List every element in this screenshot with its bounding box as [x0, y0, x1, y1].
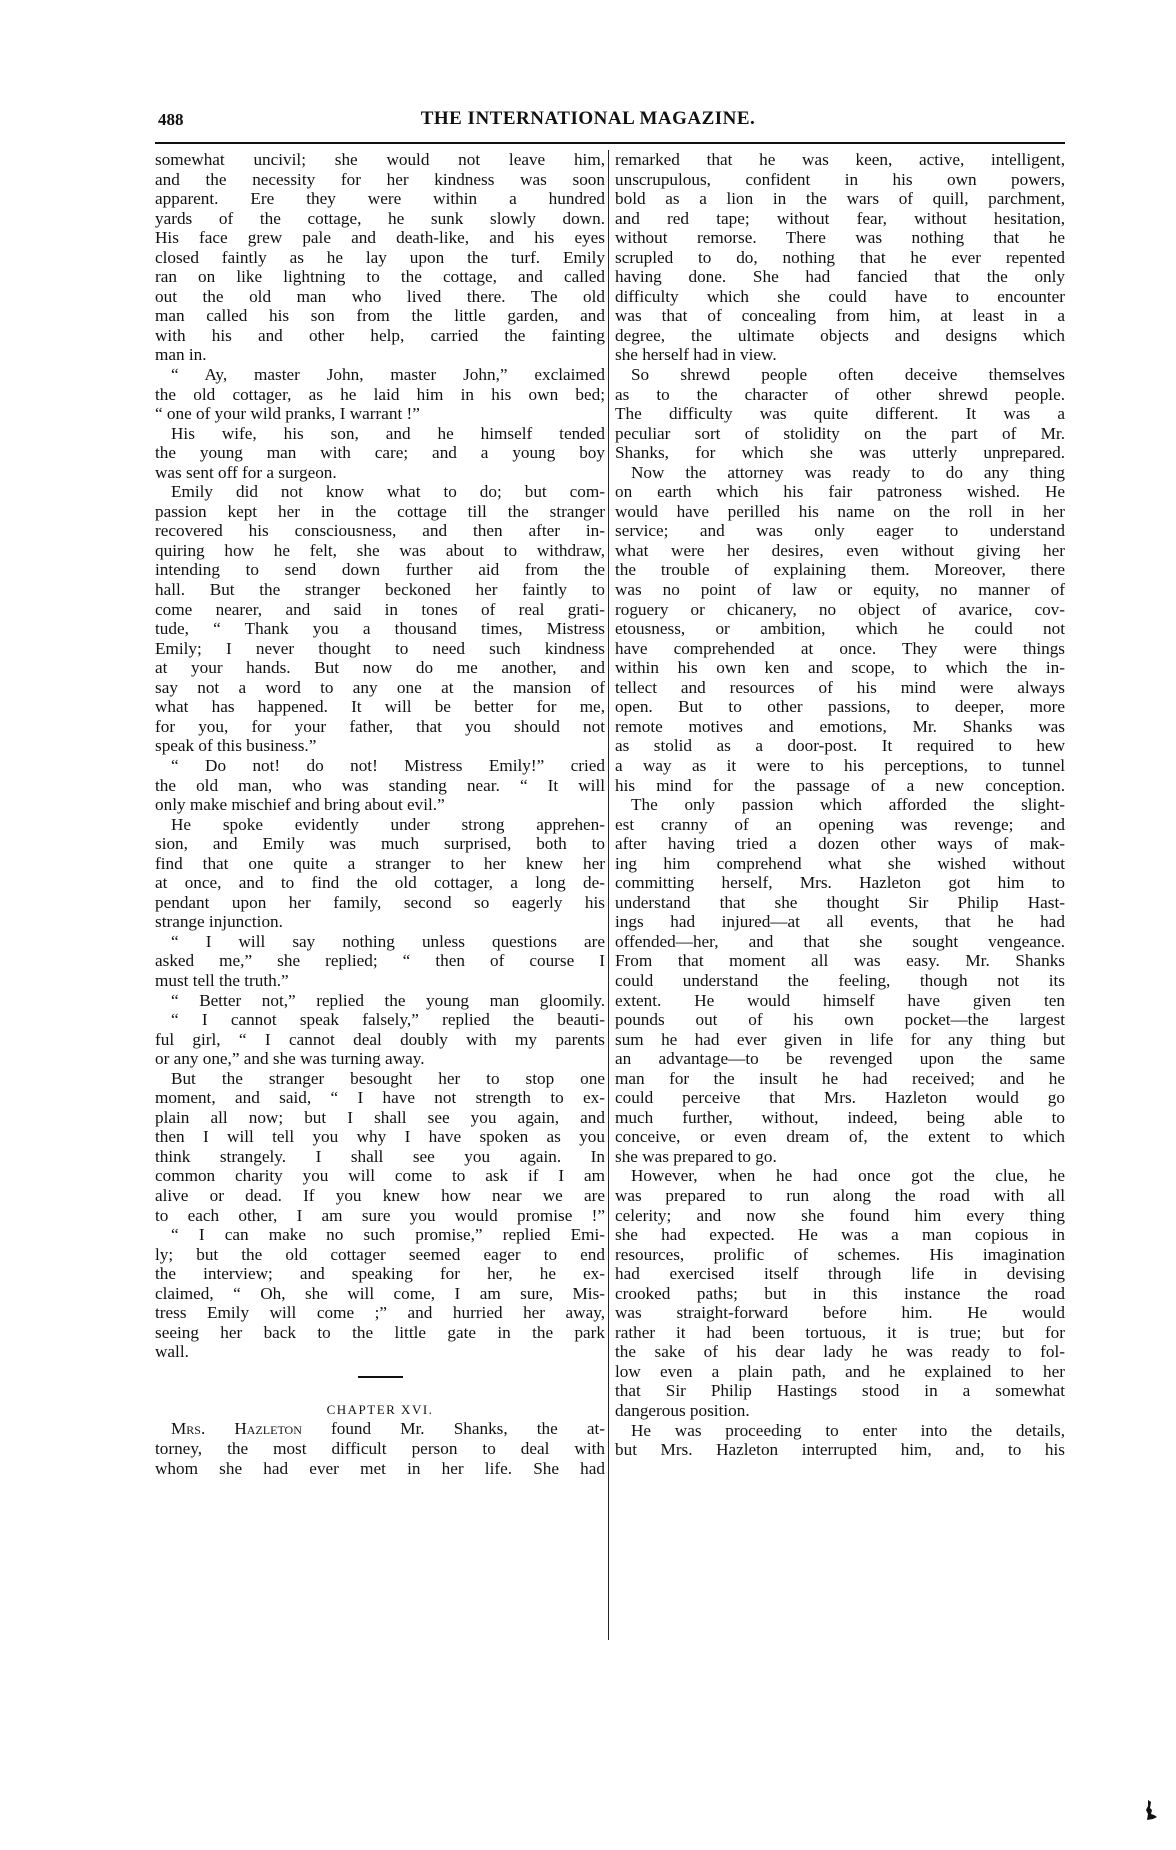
text-line: was prepared to run along the road with …	[615, 1186, 1065, 1206]
text-line: have comprehended at once. They were thi…	[615, 639, 1065, 659]
text-line: open. But to other passions, to deeper, …	[615, 697, 1065, 717]
text-line: difficulty which she could have to encou…	[615, 287, 1065, 307]
text-line: crooked paths; but in this instance the …	[615, 1284, 1065, 1304]
text-line: ly; but the old cottager seemed eager to…	[155, 1245, 605, 1265]
text-line: only make mischief and bring about evil.…	[155, 795, 605, 815]
text-line: “ one of your wild pranks, I warrant !”	[155, 404, 605, 424]
text-line: man for the insult he had received; and …	[615, 1069, 1065, 1089]
text-line: could perceive that Mrs. Hazleton would …	[615, 1088, 1065, 1108]
text-line: man called his son from the little garde…	[155, 306, 605, 326]
text-line: celerity; and now she found him every th…	[615, 1206, 1065, 1226]
text-line: pendant upon her family, second so eager…	[155, 893, 605, 913]
text-line: etousness, or ambition, which he could n…	[615, 619, 1065, 639]
text-line: closed faintly as he lay upon the turf. …	[155, 248, 605, 268]
text-line: pounds out of his own pocket—the largest	[615, 1010, 1065, 1030]
header-rule	[155, 142, 1065, 144]
text-line: sum he had ever given in life for any th…	[615, 1030, 1065, 1050]
text-line: understand that she thought Sir Philip H…	[615, 893, 1065, 913]
text-line: low even a plain path, and he explained …	[615, 1362, 1065, 1382]
text-line: at once, and to find the old cottager, a…	[155, 873, 605, 893]
text-line: “ I can make no such promise,” replied E…	[155, 1225, 605, 1245]
text-line: ran on like lightning to the cottage, an…	[155, 267, 605, 287]
text-line: He was proceeding to enter into the deta…	[615, 1421, 1065, 1441]
text-line: the trouble of explaining them. Moreover…	[615, 560, 1065, 580]
text-line: claimed, “ Oh, she will come, I am sure,…	[155, 1284, 605, 1304]
text-line: think strangely. I shall see you again. …	[155, 1147, 605, 1167]
section-divider	[358, 1376, 403, 1378]
text-line: as to the character of other shrewd peop…	[615, 385, 1065, 405]
text-line: “ I cannot speak falsely,” replied the b…	[155, 1010, 605, 1030]
text-line: was sent off for a surgeon.	[155, 463, 605, 483]
chapter-heading: CHAPTER XVI.	[155, 1400, 605, 1420]
text-line: quiring how he felt, she was about to wi…	[155, 541, 605, 561]
text-line: within his own ken and scope, to which t…	[615, 658, 1065, 678]
text-line: hall. But the stranger beckoned her fain…	[155, 580, 605, 600]
text-line: the old cottager, as he laid him in his …	[155, 385, 605, 405]
text-line: must tell the truth.”	[155, 971, 605, 991]
text-line: having done. She had fancied that the on…	[615, 267, 1065, 287]
text-line: service; and was only eager to understan…	[615, 521, 1065, 541]
text-line: seeing her back to the little gate in th…	[155, 1323, 605, 1343]
text-line: as stolid as a door-post. It required to…	[615, 736, 1065, 756]
text-line: offended—her, and that she sought vengea…	[615, 932, 1065, 952]
text-line: committing herself, Mrs. Hazleton got hi…	[615, 873, 1065, 893]
text-line: But the stranger besought her to stop on…	[155, 1069, 605, 1089]
text-line: wall.	[155, 1342, 605, 1362]
text-line: after having tried a dozen other ways of…	[615, 834, 1065, 854]
text-line: and red tape; without fear, without hesi…	[615, 209, 1065, 229]
text-line: for you, for your father, that you shoul…	[155, 717, 605, 737]
text-line: man in.	[155, 345, 605, 365]
text-line: would have perilled his name on the roll…	[615, 502, 1065, 522]
text-line: dangerous position.	[615, 1401, 1065, 1421]
text-line: she had expected. He was a man copious i…	[615, 1225, 1065, 1245]
text-line: intending to send down further aid from …	[155, 560, 605, 580]
text-line: an advantage—to be revenged upon the sam…	[615, 1049, 1065, 1069]
text-line: peculiar sort of stolidity on the part o…	[615, 424, 1065, 444]
text-line: say not a word to any one at the mansion…	[155, 678, 605, 698]
text-line: to each other, I am sure you would promi…	[155, 1206, 605, 1226]
text-line: Shanks, for which she was utterly unprep…	[615, 443, 1065, 463]
text-line: conceive, or even dream of, the extent t…	[615, 1127, 1065, 1147]
text-line: tellect and resources of his mind were a…	[615, 678, 1065, 698]
text-line: what were her desires, even without givi…	[615, 541, 1065, 561]
text-line: and the necessity for her kindness was s…	[155, 170, 605, 190]
text-line: at your hands. But now do me another, an…	[155, 658, 605, 678]
text-line: From that moment all was easy. Mr. Shank…	[615, 951, 1065, 971]
text-line: Emily; I never thought to need such kind…	[155, 639, 605, 659]
text-line: The difficulty was quite different. It w…	[615, 404, 1065, 424]
text-line: tress Emily will come ;” and hurried her…	[155, 1303, 605, 1323]
text-line: ings had injured—at all events, that he …	[615, 912, 1065, 932]
text-line: “ Ay, master John, master John,” exclaim…	[155, 365, 605, 385]
text-line: a way as it were to his perceptions, to …	[615, 756, 1065, 776]
text-line: tude, “ Thank you a thousand times, Mist…	[155, 619, 605, 639]
text-line: “ Do not! do not! Mistress Emily!” cried	[155, 756, 605, 776]
text-line: degree, the ultimate objects and designs…	[615, 326, 1065, 346]
text-line: then I will tell you why I have spoken a…	[155, 1127, 605, 1147]
text-line: His face grew pale and death-like, and h…	[155, 228, 605, 248]
text-line: had exercised itself through life in dev…	[615, 1264, 1065, 1284]
text-line: torney, the most difficult person to dea…	[155, 1439, 605, 1459]
text-line: extent. He would himself have given ten	[615, 991, 1065, 1011]
text-line: find that one quite a stranger to her kn…	[155, 854, 605, 874]
running-head: THE INTERNATIONAL MAGAZINE.	[0, 108, 1176, 130]
text-line: rather it had been tortuous, it is true;…	[615, 1323, 1065, 1343]
text-line: out the old man who lived there. The old	[155, 287, 605, 307]
text-line: common charity you will come to ask if I…	[155, 1166, 605, 1186]
text-line: passion kept her in the cottage till the…	[155, 502, 605, 522]
text-line: roguery or chicanery, no object of avari…	[615, 600, 1065, 620]
text-line: the interview; and speaking for her, he …	[155, 1264, 605, 1284]
text-line: bold as a lion in the wars of quill, par…	[615, 189, 1065, 209]
scan-mark-icon	[1145, 1800, 1157, 1820]
line-rest: found Mr. Shanks, the at-	[331, 1419, 605, 1438]
text-line: unscrupulous, confident in his own power…	[615, 170, 1065, 190]
text-line: his mind for the passage of a new concep…	[615, 776, 1065, 796]
text-line: apparent. Ere they were within a hundred	[155, 189, 605, 209]
text-line: “ Better not,” replied the young man glo…	[155, 991, 605, 1011]
text-line: resources, prolific of schemes. His imag…	[615, 1245, 1065, 1265]
text-line: she was prepared to go.	[615, 1147, 1065, 1167]
text-line: the sake of his dear lady he was ready t…	[615, 1342, 1065, 1362]
text-line: was straight-forward before him. He woul…	[615, 1303, 1065, 1323]
text-line: est cranny of an opening was revenge; an…	[615, 815, 1065, 835]
text-line: remarked that he was keen, active, intel…	[615, 150, 1065, 170]
text-line: was no point of law or equity, no manner…	[615, 580, 1065, 600]
text-line: remote motives and emotions, Mr. Shanks …	[615, 717, 1065, 737]
text-line: much further, without, indeed, being abl…	[615, 1108, 1065, 1128]
text-line: asked me,” she replied; “ then of course…	[155, 951, 605, 971]
text-line: yards of the cottage, he sunk slowly dow…	[155, 209, 605, 229]
text-line: speak of this business.”	[155, 736, 605, 756]
smallcaps-name: Mrs. Hazleton	[171, 1419, 302, 1438]
text-line: what has happened. It will be better for…	[155, 697, 605, 717]
text-line: However, when he had once got the clue, …	[615, 1166, 1065, 1186]
text-line: His wife, his son, and he himself tended	[155, 424, 605, 444]
text-line: He spoke evidently under strong apprehen…	[155, 815, 605, 835]
text-line: Emily did not know what to do; but com-	[155, 482, 605, 502]
text-line: The only passion which afforded the slig…	[615, 795, 1065, 815]
text-line: scrupled to do, nothing that he ever rep…	[615, 248, 1065, 268]
text-line: ful girl, “ I cannot deal doubly with my…	[155, 1030, 605, 1050]
text-line: with his and other help, carried the fai…	[155, 326, 605, 346]
text-line: she herself had in view.	[615, 345, 1065, 365]
text-line: alive or dead. If you knew how near we a…	[155, 1186, 605, 1206]
text-line: ing him comprehend what she wished witho…	[615, 854, 1065, 874]
text-line: moment, and said, “ I have not strength …	[155, 1088, 605, 1108]
chapter-opening-line: Mrs. Hazleton found Mr. Shanks, the at-	[155, 1419, 605, 1439]
left-column: somewhat uncivil; she would not leave hi…	[155, 150, 605, 1478]
column-divider	[608, 150, 609, 1640]
text-line: that Sir Philip Hastings stood in a some…	[615, 1381, 1065, 1401]
text-line: So shrewd people often deceive themselve…	[615, 365, 1065, 385]
text-line: or any one,” and she was turning away.	[155, 1049, 605, 1069]
text-line: the old man, who was standing near. “ It…	[155, 776, 605, 796]
text-line: whom she had ever met in her life. She h…	[155, 1459, 605, 1479]
text-line: recovered his consciousness, and then af…	[155, 521, 605, 541]
text-line: somewhat uncivil; she would not leave hi…	[155, 150, 605, 170]
text-line: but Mrs. Hazleton interrupted him, and, …	[615, 1440, 1065, 1460]
text-line: the young man with care; and a young boy	[155, 443, 605, 463]
text-line: plain all now; but I shall see you again…	[155, 1108, 605, 1128]
text-line: come nearer, and said in tones of real g…	[155, 600, 605, 620]
text-line: Now the attorney was ready to do any thi…	[615, 463, 1065, 483]
text-line: was that of concealing from him, at leas…	[615, 306, 1065, 326]
text-line: strange injunction.	[155, 912, 605, 932]
right-column: remarked that he was keen, active, intel…	[615, 150, 1065, 1460]
text-line: without remorse. There was nothing that …	[615, 228, 1065, 248]
text-line: could understand the feeling, though not…	[615, 971, 1065, 991]
text-line: sion, and Emily was much surprised, both…	[155, 834, 605, 854]
text-line: on earth which his fair patroness wished…	[615, 482, 1065, 502]
text-line: “ I will say nothing unless questions ar…	[155, 932, 605, 952]
